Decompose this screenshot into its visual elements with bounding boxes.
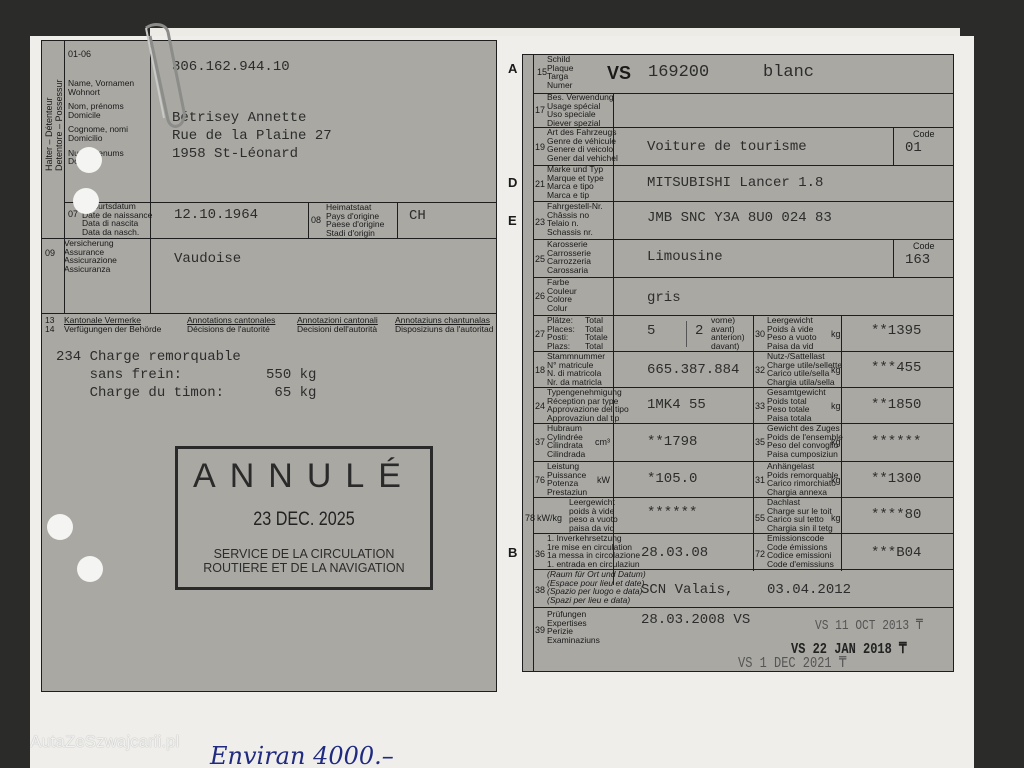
annotations-header-rm: Annotaziuns chantunalas Disposiziuns da …: [395, 316, 493, 333]
stamp-authority-line: SERVICE DE LA CIRCULATION: [178, 547, 430, 561]
power_ratio-unit: kW/kg: [537, 513, 562, 523]
holder-street: Rue de la Plaine 27: [172, 128, 332, 144]
vehicle_type-value: Voiture de tourisme: [647, 139, 807, 155]
power-unit: kW: [597, 475, 610, 485]
paper-clip-icon: [128, 22, 190, 134]
vehicle-type-code-label: Code: [913, 129, 935, 139]
seats-front-labels: vorne) avant) anterion) davant): [711, 316, 745, 350]
displacement-value: **1798: [647, 434, 697, 450]
annotation-line-2: sans frein: 550 kg: [56, 367, 316, 383]
vehicle_type-labels: Art des FahrzeugsGenre de véhiculeGenere…: [547, 128, 618, 162]
annotations-header-fr: Annotations cantonales Décisions de l'au…: [187, 316, 275, 333]
label: Examinaziuns: [547, 636, 600, 645]
vehicle_type-code: 01: [905, 140, 922, 156]
stamp-authority: SERVICE DE LA CIRCULATION ROUTIERE ET DE…: [178, 547, 430, 575]
place-date-labels: (Raum für Ort und Datum) (Espace pour li…: [547, 570, 646, 604]
special_use-field-no: 17: [535, 105, 545, 115]
inspections-field-no: 39: [535, 625, 545, 635]
colour-value: gris: [647, 290, 681, 306]
label: Colur: [547, 304, 577, 313]
seats-total-labels: Total Total Totale Total: [585, 316, 608, 350]
inspections-labels: PrüfungenExpertisesPerizieExaminaziuns: [547, 610, 600, 644]
inspection-stamp-2021: VS 1 DEC 2021 ₸: [738, 653, 846, 672]
label: Paisa totala: [767, 414, 826, 423]
section-label: 01-06: [68, 49, 91, 59]
annotations-header-it: Annotazioni cantonali Decisioni dell'aut…: [297, 316, 378, 333]
power-field-no: 76: [535, 475, 545, 485]
plate-color: blanc: [763, 63, 814, 82]
roof_load-field-no: 55: [755, 513, 765, 523]
displacement-labels: HubraumCylindréeCilindrataCilindrada: [547, 424, 585, 458]
label: davant): [711, 342, 745, 351]
annotation-line-3: Charge du timon: 65 kg: [56, 385, 316, 401]
type_approval-labels: TypengenehmigungRéception par typeApprov…: [547, 388, 629, 422]
empty_weight-value: **1395: [871, 323, 921, 339]
chassis-section-letter: E: [508, 213, 517, 228]
first_registration-labels: 1. Inverkehrsetzung1re mise en circulati…: [547, 534, 640, 568]
label: Disposiziuns da l'autoritad: [395, 325, 493, 334]
label: Domicilio: [68, 134, 148, 143]
cancelled-stamp: ANNULÉ 23 DEC. 2025 SERVICE DE LA CIRCUL…: [175, 446, 433, 590]
make_model-labels: Marke und TypMarque et typeMarca e tipoM…: [547, 165, 604, 199]
empty_weight-unit: kg: [831, 329, 841, 339]
roof_load-labels: DachlastCharge sur le toitCarico sul tet…: [767, 498, 833, 532]
origin-labels: Heimatstaat Pays d'origine Paese d'origi…: [326, 203, 384, 237]
annotations-numbers: 13 14: [45, 316, 54, 333]
colour-labels: FarbeCouleurColoreColur: [547, 278, 577, 312]
label: Chargia sin il tetg: [767, 524, 833, 533]
label: Paisa da vid: [767, 342, 817, 351]
label: Prestaziun: [547, 488, 587, 497]
inspections-value: 28.03.2008 VS: [641, 612, 750, 628]
power_ratio-value: ******: [647, 505, 697, 521]
first_registration-section-letter: B: [508, 545, 517, 560]
label: Verfügungen der Behörde: [64, 325, 161, 334]
plate-field-no: 15: [537, 67, 547, 77]
seats-labels: Plätze:Places:Posti:Plazs:: [547, 316, 575, 350]
body-labels: KarosserieCarrosserieCarrozzeriaCarossar…: [547, 240, 591, 274]
body-code: 163: [905, 252, 930, 268]
trailer_load-field-no: 31: [755, 475, 765, 485]
master_number-value: 665.387.884: [647, 362, 739, 378]
label: 1. entrada en circulaziun: [547, 560, 640, 569]
punch-hole: [76, 147, 102, 173]
vehicle_type-field-no: 19: [535, 142, 545, 152]
label: Plazs:: [547, 342, 575, 351]
payload-field-no: 32: [755, 365, 765, 375]
label: Paisa cumposiziun: [767, 450, 843, 459]
label: 14: [45, 325, 54, 334]
label: Nr. da matricla: [547, 378, 605, 387]
insurance-labels: Versicherung Assurance Assicurazione Ass…: [64, 239, 117, 273]
emission_code-labels: EmissionscodeCode émissionsCodice emissi…: [767, 534, 834, 568]
seats-field-no: 27: [535, 329, 545, 339]
displacement-unit: cm³: [595, 437, 610, 447]
vehicle-panel: A15SchildPlaqueTargaNumerVS169200blanc17…: [522, 54, 954, 672]
label: (Spazi per lieu e data): [547, 596, 646, 605]
power-value: *105.0: [647, 471, 697, 487]
stamp-date: 23 DEC. 2025: [197, 509, 411, 531]
emission_code-value: ***B04: [871, 545, 921, 561]
punch-hole: [73, 188, 99, 214]
roof_load-value: ****80: [871, 507, 921, 523]
place_date-value: SCN Valais, 03.04.2012: [641, 582, 851, 598]
power_ratio-labels: Leergewichtpoids à videpeso a vuotopaisa…: [569, 498, 618, 532]
birth-date: 12.10.1964: [174, 207, 258, 223]
label: Carossaria: [547, 266, 591, 275]
trailer_load-labels: AnhängelastPoids remorquableCarico rimor…: [767, 462, 838, 496]
inspection-stamp-2013: VS 11 OCT 2013 ₸: [815, 617, 923, 634]
payload-unit: kg: [831, 365, 841, 375]
gross_weight-labels: GesamtgewichtPoids totalPeso totalePaisa…: [767, 388, 826, 422]
label: Gener dal vehichel: [547, 154, 618, 163]
special_use-labels: Bes. VerwendungUsage spécialUso speciale…: [547, 93, 614, 127]
origin-value: CH: [409, 208, 426, 224]
emission_code-field-no: 72: [755, 549, 765, 559]
plate-section-letter: A: [508, 61, 517, 76]
label: Data da nasch.: [82, 228, 152, 237]
plate-canton: VS: [607, 63, 631, 84]
holder-name: Bétrisey Annette: [172, 110, 306, 126]
type_approval-field-no: 24: [535, 401, 545, 411]
seats-front: 2: [695, 323, 703, 339]
origin-field-no: 08: [311, 215, 321, 225]
label: paisa da vid: [569, 524, 618, 533]
gross_weight-value: **1850: [871, 397, 921, 413]
body-code-label: Code: [913, 241, 935, 251]
gross_weight-unit: kg: [831, 401, 841, 411]
punch-hole: [77, 556, 103, 582]
chassis-field-no: 23: [535, 217, 545, 227]
colour-field-no: 26: [535, 291, 545, 301]
seats-total: 5: [647, 323, 655, 339]
label: Decisioni dell'autorità: [297, 325, 378, 334]
label: Code d'emissiuns: [767, 560, 834, 569]
label: Cilindrada: [547, 450, 585, 459]
train_weight-field-no: 35: [755, 437, 765, 447]
label: Chargia utila/sella: [767, 378, 842, 387]
body-value: Limousine: [647, 249, 723, 265]
label: Stadi d'origin: [326, 229, 384, 238]
chassis-value: JMB SNC Y3A 8U0 024 83: [647, 210, 832, 226]
punch-hole: [47, 514, 73, 540]
power-labels: LeistungPuissancePotenzaPrestaziun: [547, 462, 587, 496]
label: Total: [585, 342, 608, 351]
trailer_load-value: **1300: [871, 471, 921, 487]
stamp-authority-line: ROUTIERE ET DE LA NAVIGATION: [178, 561, 430, 575]
displacement-field-no: 37: [535, 437, 545, 447]
empty_weight-field-no: 30: [755, 329, 765, 339]
master_number-field-no: 18: [535, 365, 545, 375]
stamp-title: ANNULÉ: [178, 457, 430, 496]
make_model-section-letter: D: [508, 175, 517, 190]
holder-panel: Halter – Détenteur Detentore – Possessur…: [41, 40, 497, 692]
power-ratio-field-no: 78: [525, 513, 535, 523]
label: Schassis nr.: [547, 228, 603, 237]
roof_load-unit: kg: [831, 513, 841, 523]
label: Approvaziun dal tip: [547, 414, 629, 423]
first_registration-value: 28.03.08: [641, 545, 708, 561]
place_date-field-no: 38: [535, 585, 545, 595]
master_number-labels: StammnummerN° matriculeN. di matricolaNr…: [547, 352, 605, 386]
payload-value: ***455: [871, 360, 921, 376]
insurance-value: Vaudoise: [174, 251, 241, 267]
label: Chargia annexa: [767, 488, 838, 497]
train_weight-unit: kg: [831, 437, 841, 447]
watermark: AutaZeSzwajcarii.pl: [30, 732, 179, 752]
gross_weight-field-no: 33: [755, 401, 765, 411]
label: Décisions de l'autorité: [187, 325, 275, 334]
trailer_load-unit: kg: [831, 475, 841, 485]
handwritten-note: Enviran 4000.–: [210, 742, 394, 768]
holder-rotated-label-2: Detentore – Possessur: [54, 79, 64, 171]
label: Marca e tip: [547, 191, 604, 200]
body-field-no: 25: [535, 254, 545, 264]
label: Assicuranza: [64, 265, 117, 274]
plate-labels: SchildPlaqueTargaNumer: [547, 55, 573, 89]
insurance-field-no: 09: [45, 248, 55, 258]
empty_weight-labels: LeergewichtPoids à videPeso a vuotoPaisa…: [767, 316, 817, 350]
label: Numer: [547, 81, 573, 90]
make_model-field-no: 21: [535, 179, 545, 189]
holder-rotated-label-1: Halter – Détenteur: [44, 97, 54, 171]
annotation-line-1: 234 Charge remorquable: [56, 349, 241, 365]
plate-number: 169200: [648, 63, 709, 82]
type_approval-value: 1MK4 55: [647, 397, 706, 413]
annotations-header-de: Kantonale Vermerke Verfügungen der Behör…: [64, 316, 161, 333]
train_weight-value: ******: [871, 434, 921, 450]
first_registration-field-no: 36: [535, 549, 545, 559]
chassis-labels: Fahrgestell-Nr.Châssis noTelaio n.Schass…: [547, 202, 603, 236]
holder-city: 1958 St-Léonard: [172, 146, 298, 162]
make_model-value: MITSUBISHI Lancer 1.8: [647, 175, 823, 191]
